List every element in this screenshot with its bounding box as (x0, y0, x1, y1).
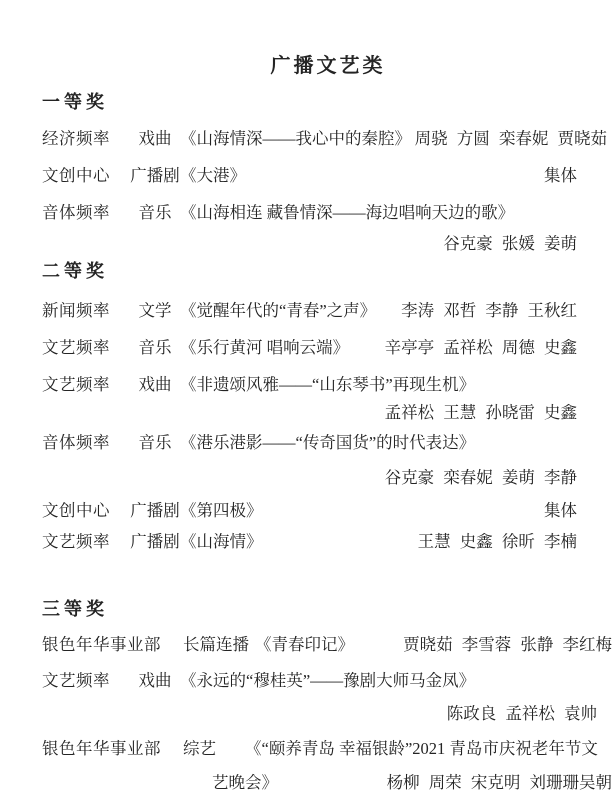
dept-cell: 银色年华事业部 (42, 634, 161, 656)
document-page: 广播文艺类 一等奖 经济频率 戏曲 《山海情深——我心中的秦腔》 周骁 方圆 栾… (0, 0, 614, 808)
work-title-continuation: 艺晚会》 (212, 772, 278, 794)
genre-cell: 综艺 (183, 738, 216, 760)
dept-cell: 文艺频率 (42, 337, 110, 359)
winner-names: 王慧 史鑫 徐昕 李楠 (418, 531, 577, 553)
winner-names: 李涛 邓哲 李静 王秋红 (401, 300, 577, 322)
award-entry-row: 文艺频率 戏曲 《永远的“穆桂英”——豫剧大师马金凤》 (42, 670, 614, 692)
award-entry-row: 文艺频率 广播剧 《山海情》 王慧 史鑫 徐昕 李楠 (42, 531, 614, 553)
section-heading-third-prize: 三等奖 (42, 598, 614, 620)
work-title: 《永远的“穆桂英”——豫剧大师马金凤》 (180, 670, 475, 692)
dept-cell: 新闻频率 (42, 300, 110, 322)
award-entry-row: 文创中心 广播剧 《大港》 集体 (42, 165, 614, 187)
award-entry-row: 音体频率 音乐 《山海相连 藏鲁情深——海边唱响天边的歌》 (42, 202, 614, 224)
dept-cell: 文艺频率 (42, 374, 110, 396)
winner-names: 杨柳 周荣 宋克明 刘珊珊吴朝 (387, 772, 612, 794)
work-title: 《“颐养青岛 幸福银龄”2021 青岛市庆祝老年节文 (245, 738, 598, 760)
dept-cell: 银色年华事业部 (42, 738, 161, 760)
winner-names-row: 陈政良 孟祥松 袁帅 (42, 703, 614, 725)
genre-cell: 广播剧 (125, 165, 185, 187)
genre-cell: 音乐 (125, 432, 185, 454)
winner-names: 周骁 方圆 栾春妮 贾晓茹 (415, 128, 607, 150)
award-entry-continuation-row: 艺晚会》 杨柳 周荣 宋克明 刘珊珊吴朝 (42, 772, 614, 794)
section-heading-second-prize: 二等奖 (42, 260, 614, 282)
work-title: 《觉醒年代的“青春”之声》 (180, 300, 376, 322)
winner-names: 贾晓茹 李雪蓉 张静 李红梅 (403, 634, 612, 656)
work-title: 《山海情深——我心中的秦腔》 (180, 128, 411, 150)
winner-names: 辛亭亭 孟祥松 周德 史鑫 (385, 337, 577, 359)
award-entry-row: 经济频率 戏曲 《山海情深——我心中的秦腔》 周骁 方圆 栾春妮 贾晓茹 (42, 128, 614, 150)
genre-cell: 音乐 (125, 202, 185, 224)
work-title: 《非遗颂风雅——“山东琴书”再现生机》 (180, 374, 475, 396)
genre-cell: 广播剧 (125, 500, 185, 522)
dept-cell: 文艺频率 (42, 531, 110, 553)
genre-cell: 长篇连播 (183, 634, 249, 656)
winner-names-row: 谷克豪 栾春妮 姜萌 李静 (42, 467, 614, 489)
work-title: 《港乐港影——“传奇国货”的时代表达》 (180, 432, 475, 454)
genre-cell: 戏曲 (125, 374, 185, 396)
award-entry-row: 新闻频率 文学 《觉醒年代的“青春”之声》 李涛 邓哲 李静 王秋红 (42, 300, 614, 322)
work-title: 《青春印记》 (255, 634, 354, 656)
genre-cell: 音乐 (125, 337, 185, 359)
genre-cell: 广播剧 (125, 531, 185, 553)
dept-cell: 经济频率 (42, 128, 110, 150)
winner-names: 孟祥松 王慧 孙晓雷 史鑫 (385, 402, 577, 424)
genre-cell: 戏曲 (125, 128, 185, 150)
dept-cell: 文创中心 (42, 165, 110, 187)
work-title: 《第四极》 (180, 500, 263, 522)
dept-cell: 音体频率 (42, 202, 110, 224)
winner-names-row: 谷克豪 张媛 姜萌 (42, 233, 614, 255)
work-title: 《大港》 (180, 165, 246, 187)
work-title: 《山海相连 藏鲁情深——海边唱响天边的歌》 (180, 202, 514, 224)
winner-names: 集体 (544, 500, 577, 522)
page-title: 广播文艺类 (42, 53, 614, 79)
award-entry-row: 文创中心 广播剧 《第四极》 集体 (42, 500, 614, 522)
work-title: 《乐行黄河 唱响云端》 (180, 337, 349, 359)
award-entry-row: 银色年华事业部 综艺 《“颐养青岛 幸福银龄”2021 青岛市庆祝老年节文 (42, 738, 614, 760)
winner-names: 集体 (544, 165, 577, 187)
award-entry-row: 文艺频率 戏曲 《非遗颂风雅——“山东琴书”再现生机》 (42, 374, 614, 396)
genre-cell: 文学 (125, 300, 185, 322)
dept-cell: 文艺频率 (42, 670, 110, 692)
winner-names-row: 孟祥松 王慧 孙晓雷 史鑫 (42, 402, 614, 424)
award-entry-row: 文艺频率 音乐 《乐行黄河 唱响云端》 辛亭亭 孟祥松 周德 史鑫 (42, 337, 614, 359)
work-title: 《山海情》 (180, 531, 263, 553)
genre-cell: 戏曲 (125, 670, 185, 692)
winner-names: 陈政良 孟祥松 袁帅 (447, 703, 597, 725)
award-entry-row: 音体频率 音乐 《港乐港影——“传奇国货”的时代表达》 (42, 432, 614, 454)
award-entry-row: 银色年华事业部 长篇连播 《青春印记》 贾晓茹 李雪蓉 张静 李红梅 (42, 634, 614, 656)
winner-names: 谷克豪 栾春妮 姜萌 李静 (385, 467, 577, 489)
section-heading-first-prize: 一等奖 (42, 91, 614, 113)
dept-cell: 音体频率 (42, 432, 110, 454)
winner-names: 谷克豪 张媛 姜萌 (443, 233, 577, 255)
dept-cell: 文创中心 (42, 500, 110, 522)
